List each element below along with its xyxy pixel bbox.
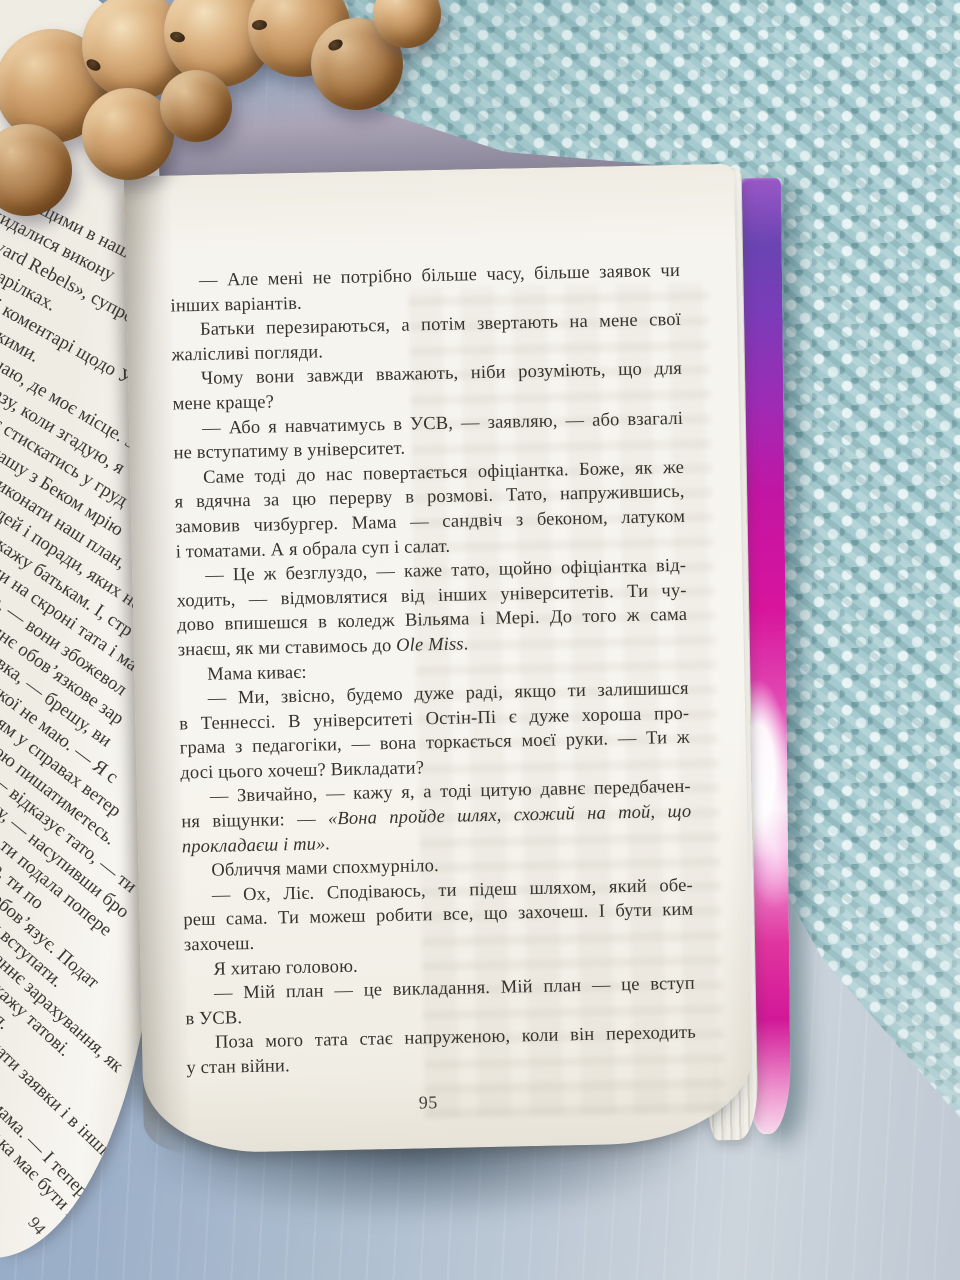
photo-open-book-scene: и найкращими в нашм кидалися виконуorwar… (0, 0, 960, 1280)
left-page-number: 94 (23, 1213, 49, 1239)
book-text-block: — Але мені не потрібно більше часу, біль… (170, 259, 697, 1081)
right-book-page: — Але мені не потрібно більше часу, біль… (124, 164, 754, 1155)
